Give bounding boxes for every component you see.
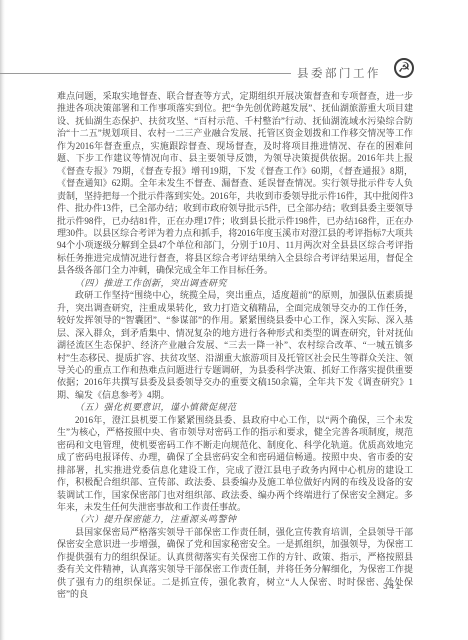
page-body-text: 难点问题，采取实地督查、联合督查等方式，定期组织开展决策督查和专项督查，进一步推… [57, 90, 413, 601]
running-header-title: 县委部门工作 [297, 65, 381, 81]
paragraph-section-4: 政研工作坚持“围绕中心，统揽全局，突出重点，适度超前”的原则，加强队伍素质提升，… [57, 289, 413, 401]
hammer-sickle-glyph: ☭ [398, 61, 411, 75]
scan-edge-shadow [0, 0, 5, 640]
paragraph-section-6: 县国家保密局严格落实领导干部保密工作责任制，强化宣传教育培训，全县领导干部保密安… [57, 526, 413, 601]
page-number: 341 [383, 581, 402, 591]
section-heading-5: （五）强化机要意识，谨小慎微促规范 [57, 401, 413, 413]
paragraph-continuation: 难点问题，采取实地督查、联合督查等方式，定期组织开展决策督查和专项督查，进一步推… [57, 90, 413, 277]
section-heading-4: （四）推进工作创新，突出调查研究 [57, 277, 413, 289]
paragraph-section-5: 2016年，澄江县机要工作紧紧围绕县委、县政府中心工作，以“两个确保，三个未发生… [57, 414, 413, 514]
header-rule [0, 73, 291, 74]
party-emblem-icon: ☭ [394, 58, 414, 78]
document-page: 县委部门工作 ☭ 难点问题，采取实地督查、联合督查等方式，定期组织开展决策督查和… [0, 0, 468, 640]
section-heading-6: （六）提升保密能力，注重源头鸣警钟 [57, 513, 413, 525]
